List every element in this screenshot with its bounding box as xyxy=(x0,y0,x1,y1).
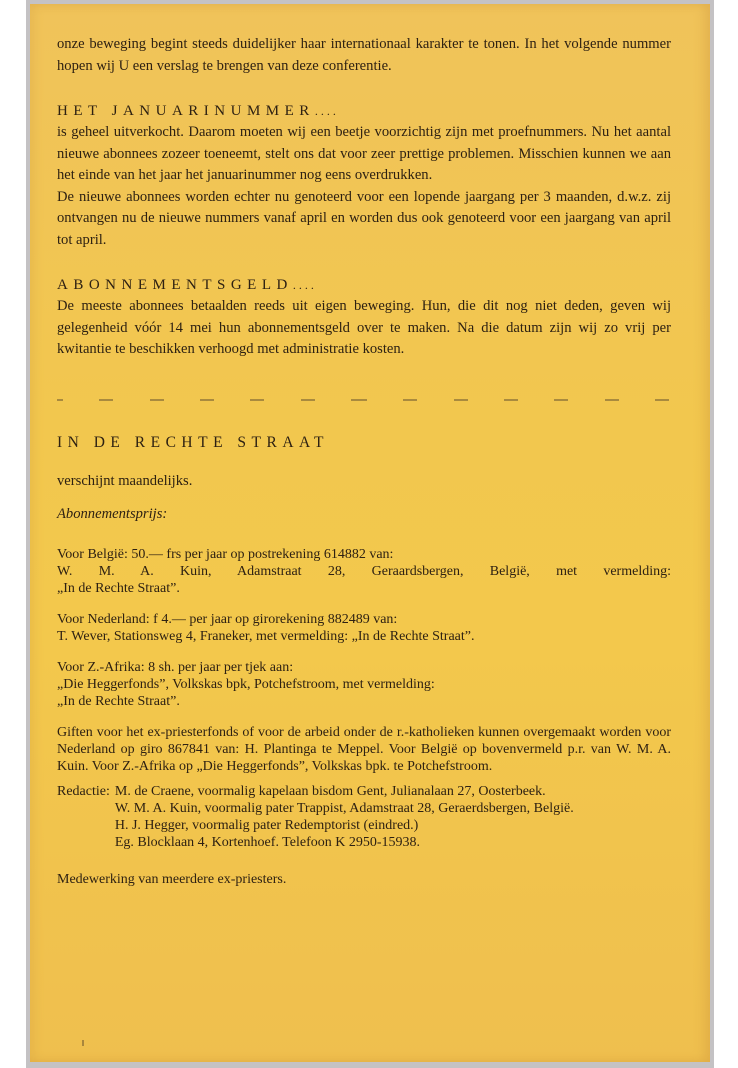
editor-entry: Eg. Blocklaan 4, Kortenhoef. Telefoon K … xyxy=(115,834,671,851)
editorial-label: Redactie: xyxy=(57,783,115,851)
publication-title: IN DE RECHTE STRAAT xyxy=(57,433,671,453)
dashed-divider xyxy=(57,399,671,401)
abonnementsgeld-paragraph: De meeste abonnees betaalden reeds uit e… xyxy=(57,296,671,361)
contributors-note: Medewerking van meerdere ex-priesters. xyxy=(57,871,671,888)
januarinummer-heading: HET JANUARINUMMER.... xyxy=(57,101,671,122)
page-content: onze beweging begint steeds duidelijker … xyxy=(57,34,671,888)
editorial-entries: M. de Craene, voormalig kapelaan bisdom … xyxy=(115,783,671,851)
section-januarinummer: HET JANUARINUMMER.... is geheel uitverko… xyxy=(57,101,671,251)
subscription-price-heading: Abonnementsprijs: xyxy=(57,504,671,526)
editor-entry: H. J. Hegger, voormalig pater Redemptori… xyxy=(115,817,671,834)
editor-entry: W. M. A. Kuin, voormalig pater Trappist,… xyxy=(115,800,671,817)
editorial-board: Redactie: M. de Craene, voormalig kapela… xyxy=(57,783,671,851)
januarinummer-paragraph-2: De nieuwe abonnees worden echter nu geno… xyxy=(57,187,671,252)
januarinummer-paragraph-1: is geheel uitverkocht. Daarom moeten wij… xyxy=(57,122,671,187)
publication-frequency: verschijnt maandelijks. xyxy=(57,471,671,493)
price-zuid-afrika: Voor Z.-Afrika: 8 sh. per jaar per tjek … xyxy=(57,659,671,710)
editor-entry: M. de Craene, voormalig kapelaan bisdom … xyxy=(115,783,671,800)
abonnementsgeld-heading: ABONNEMENTSGELD.... xyxy=(57,275,671,296)
intro-paragraph: onze beweging begint steeds duidelijker … xyxy=(57,34,671,77)
donations-paragraph: Giften voor het ex-priesterfonds of voor… xyxy=(57,724,671,775)
price-nederland: Voor Nederland: f 4.— per jaar op girore… xyxy=(57,611,671,645)
price-belgie: Voor België: 50.— frs per jaar op postre… xyxy=(57,546,671,597)
paper-speck xyxy=(82,1040,84,1046)
section-abonnementsgeld: ABONNEMENTSGELD.... De meeste abonnees b… xyxy=(57,275,671,361)
